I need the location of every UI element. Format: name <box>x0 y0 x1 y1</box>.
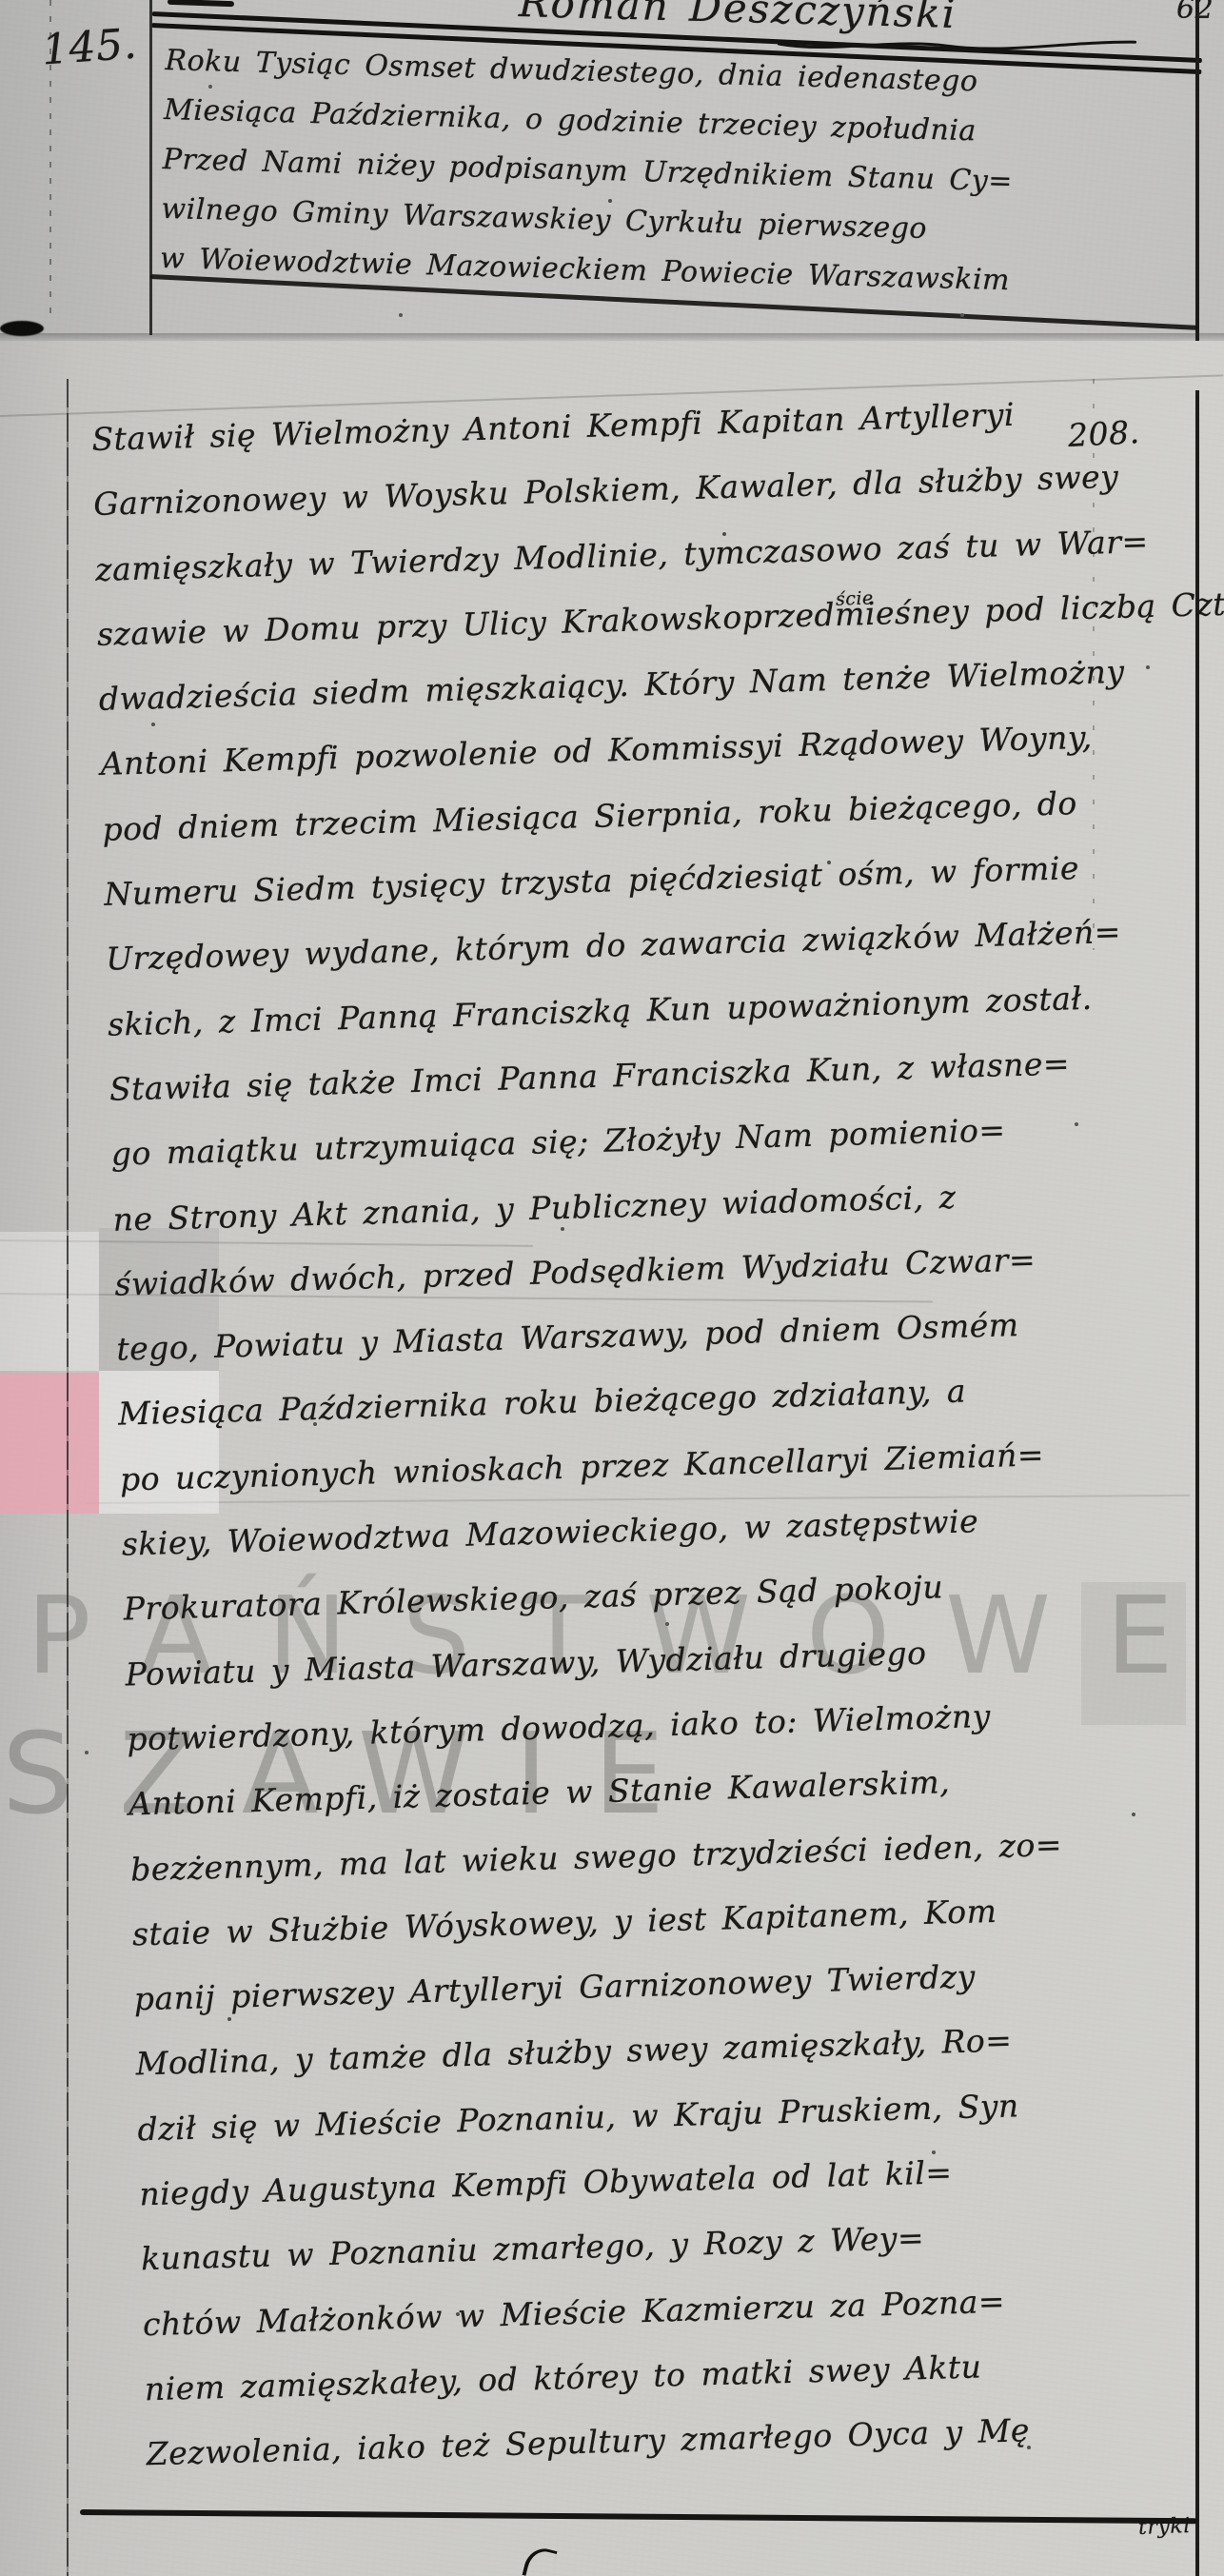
strip-left-border-line <box>149 0 152 335</box>
previous-record-text: Roku Tysiąc Osmset dwudziestego, dnia ie… <box>159 44 1197 318</box>
record-number: 145. <box>40 20 138 75</box>
watermark-square <box>0 1232 99 1371</box>
ink-blot <box>0 321 44 336</box>
clipped-next-line-stroke <box>522 2545 557 2576</box>
clipped-ink-stroke <box>168 0 234 7</box>
strip-right-border-line <box>1195 0 1199 341</box>
previous-record-strip: Roman Deszczyński 62 145. Roku Tysiąc Os… <box>0 0 1224 341</box>
act-record-page: PAŃSTWOWE SZAWIE 208. Stawił się Wielmoż… <box>0 341 1224 2576</box>
page-left-border-line <box>67 379 69 2576</box>
watermark-pink-square <box>0 1373 99 1514</box>
interline-insertion: ście <box>836 587 874 609</box>
margin-dotted-line <box>49 0 51 322</box>
act-record-text: Stawił się Wielmożny Antoni Kempfi Kapit… <box>91 390 1224 2500</box>
record-closing-rule <box>80 2509 1197 2524</box>
scan-seam <box>0 333 1224 342</box>
paper-specks <box>0 0 2 2</box>
scanned-document-page: Roman Deszczyński 62 145. Roku Tysiąc Os… <box>0 0 1224 2576</box>
